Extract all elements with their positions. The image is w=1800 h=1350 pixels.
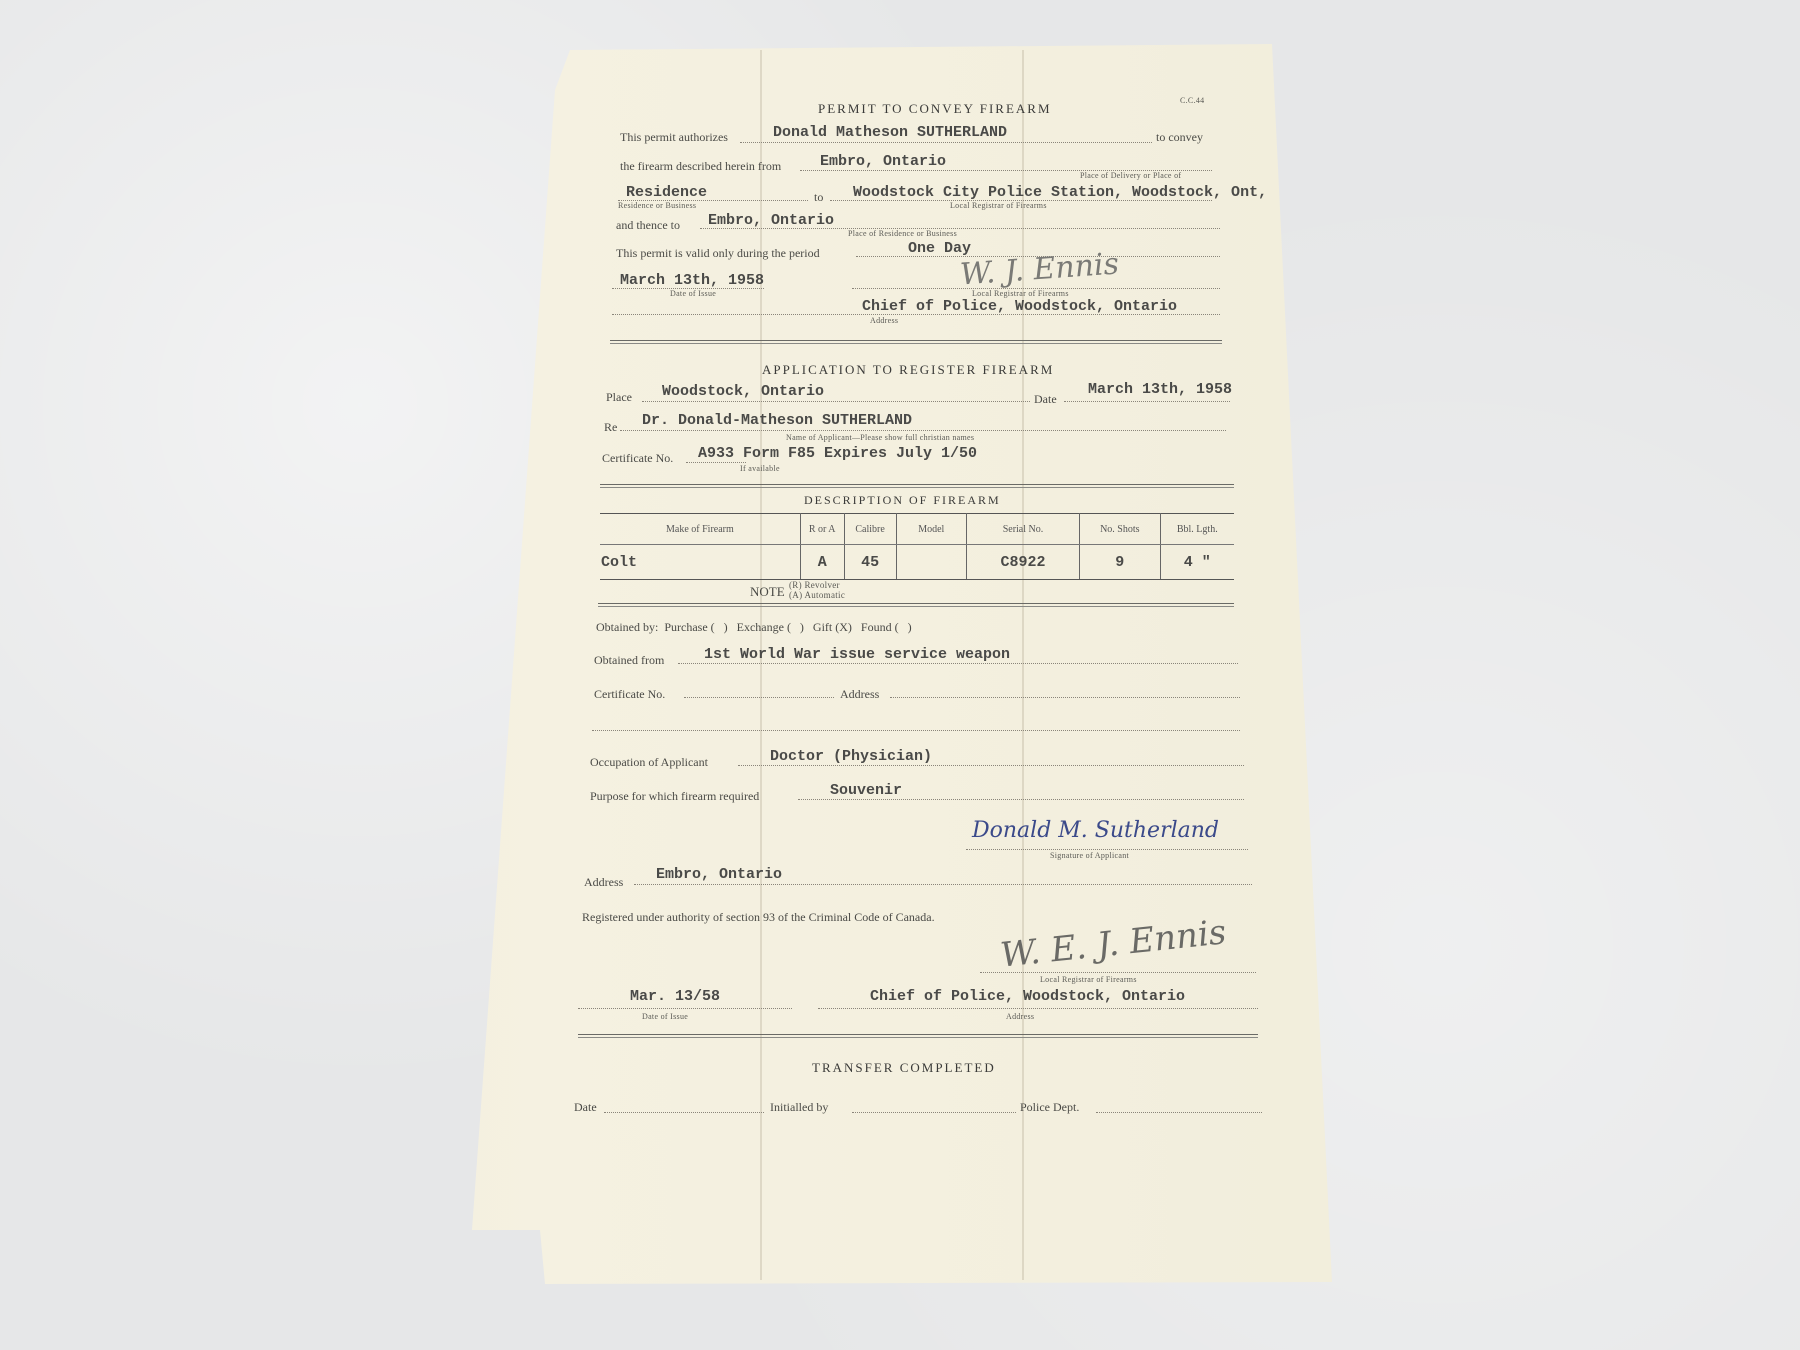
table-row: Colt A 45 C8922 9 4 ": [600, 545, 1234, 580]
cell-model: [896, 545, 966, 580]
details-cert-label: Certificate No.: [594, 687, 665, 702]
note-revolver: (R) Revolver: [789, 580, 840, 590]
date-value: March 13th, 1958: [1088, 381, 1232, 398]
address-caption: Address: [870, 316, 898, 325]
cert-value: A933 Form F85 Expires July 1/50: [698, 445, 977, 462]
column-header: Model: [896, 514, 966, 545]
cell-shots: 9: [1080, 545, 1161, 580]
permit-address-value: Chief of Police, Woodstock, Ontario: [862, 298, 1177, 315]
field-line: [740, 142, 1152, 143]
application-issue-date: Mar. 13/58: [630, 988, 720, 1005]
column-header: Serial No.: [966, 514, 1079, 545]
thence-label: and thence to: [616, 218, 680, 233]
to-convey-label: to convey: [1156, 130, 1203, 145]
place-delivery-caption: Place of Delivery or Place of: [1080, 171, 1181, 180]
occupation-label: Occupation of Applicant: [590, 755, 708, 770]
re-label: Re: [604, 420, 617, 435]
cell-r-or-a: A: [800, 545, 844, 580]
date-label: Date: [1034, 392, 1057, 407]
to-value: Woodstock City Police Station, Woodstock…: [853, 184, 1267, 201]
registrar-caption: Local Registrar of Firearms: [972, 289, 1069, 298]
field-line: [642, 401, 1030, 402]
field-line: [612, 314, 1220, 315]
authority-text: Registered under authority of section 93…: [582, 910, 935, 925]
residence-value: Residence: [626, 184, 707, 201]
obtained-by: Obtained by: Purchase ( ) Exchange ( ) G…: [596, 620, 912, 635]
description-title: DESCRIPTION OF FIREARM: [804, 493, 1001, 508]
cell-make: Colt: [600, 545, 800, 580]
residence-caption: Residence or Business: [618, 201, 696, 210]
field-line: [604, 1112, 764, 1113]
permit-title: PERMIT TO CONVEY FIREARM: [818, 101, 1052, 117]
authorizes-value: Donald Matheson SUTHERLAND: [773, 124, 1007, 141]
section-divider: [610, 340, 1222, 344]
note-automatic: (A) Automatic: [789, 590, 845, 600]
section-divider: [578, 1034, 1258, 1038]
field-line: [634, 884, 1252, 885]
section-divider: [600, 484, 1234, 488]
details-address-label: Address: [840, 687, 879, 702]
field-line: [678, 663, 1238, 664]
office-address-value: Chief of Police, Woodstock, Ontario: [870, 988, 1185, 1005]
from-label: the firearm described herein from: [620, 159, 781, 174]
field-line: [1064, 401, 1230, 402]
obtained-from-label: Obtained from: [594, 653, 664, 668]
applicant-address-label: Address: [584, 875, 623, 890]
office-address-caption: Address: [1006, 1012, 1034, 1021]
form-code: C.C.44: [1180, 96, 1204, 105]
column-header: No. Shots: [1080, 514, 1161, 545]
field-line: [684, 697, 834, 698]
field-line: [578, 1008, 792, 1009]
authorizes-label: This permit authorizes: [620, 130, 728, 145]
column-header: Make of Firearm: [600, 514, 800, 545]
cell-calibre: 45: [844, 545, 896, 580]
thence-value: Embro, Ontario: [708, 212, 834, 229]
place-value: Woodstock, Ontario: [662, 383, 824, 400]
field-line: [852, 1112, 1016, 1113]
registrar-signature: W. J. Ennis: [959, 246, 1120, 292]
application-title: APPLICATION TO REGISTER FIREARM: [762, 362, 1054, 378]
cert-label: Certificate No.: [602, 451, 673, 466]
field-line: [818, 1008, 1258, 1009]
note-label: NOTE: [750, 584, 785, 600]
permit-issue-date: March 13th, 1958: [620, 272, 764, 289]
issue-date-caption: Date of Issue: [670, 289, 716, 298]
occupation-value: Doctor (Physician): [770, 748, 932, 765]
field-line: [1096, 1112, 1262, 1113]
place-label: Place: [606, 390, 632, 405]
re-value: Dr. Donald-Matheson SUTHERLAND: [642, 412, 912, 429]
initialled-by-label: Initialled by: [770, 1100, 828, 1115]
field-line: [890, 697, 1240, 698]
firearm-table: Make of Firearm R or A Calibre Model Ser…: [600, 513, 1234, 580]
transfer-title: TRANSFER COMPLETED: [812, 1060, 996, 1076]
purpose-value: Souvenir: [830, 782, 902, 799]
registrar-caption-2: Local Registrar of Firearms: [1040, 975, 1137, 984]
applicant-sig-caption: Signature of Applicant: [1050, 851, 1129, 860]
field-line: [700, 228, 1220, 229]
period-label: This permit is valid only during the per…: [616, 246, 820, 261]
police-dept-label: Police Dept.: [1020, 1100, 1079, 1115]
thence-caption: Place of Residence or Business: [848, 229, 957, 238]
column-header: Calibre: [844, 514, 896, 545]
cell-serial: C8922: [966, 545, 1079, 580]
field-line: [798, 799, 1244, 800]
registrar-signature-2: W. E. J. Ennis: [999, 912, 1229, 975]
column-header: R or A: [800, 514, 844, 545]
re-caption: Name of Applicant—Please show full chris…: [786, 433, 974, 442]
field-line: [966, 849, 1248, 850]
cell-barrel-length: 4 ": [1160, 545, 1234, 580]
column-header: Bbl. Lgth.: [1160, 514, 1234, 545]
field-line: [592, 730, 1240, 731]
to-caption: Local Registrar of Firearms: [950, 201, 1047, 210]
obtained-from-value: 1st World War issue service weapon: [704, 646, 1010, 663]
section-divider: [598, 603, 1234, 607]
purpose-label: Purpose for which firearm required: [590, 789, 759, 804]
field-line: [686, 462, 746, 463]
from-value: Embro, Ontario: [820, 153, 946, 170]
application-issue-date-caption: Date of Issue: [642, 1012, 688, 1021]
firearm-permit-document: PERMIT TO CONVEY FIREARM C.C.44 This per…: [0, 0, 1800, 1350]
to-label: to: [814, 190, 823, 205]
transfer-date-label: Date: [574, 1100, 597, 1115]
field-line: [980, 972, 1256, 973]
table-header-row: Make of Firearm R or A Calibre Model Ser…: [600, 514, 1234, 545]
applicant-signature: Donald M. Sutherland: [972, 818, 1219, 843]
applicant-address-value: Embro, Ontario: [656, 866, 782, 883]
field-line: [738, 765, 1244, 766]
cert-caption: If available: [740, 464, 780, 473]
period-value: One Day: [908, 240, 971, 257]
field-line: [620, 430, 1226, 431]
